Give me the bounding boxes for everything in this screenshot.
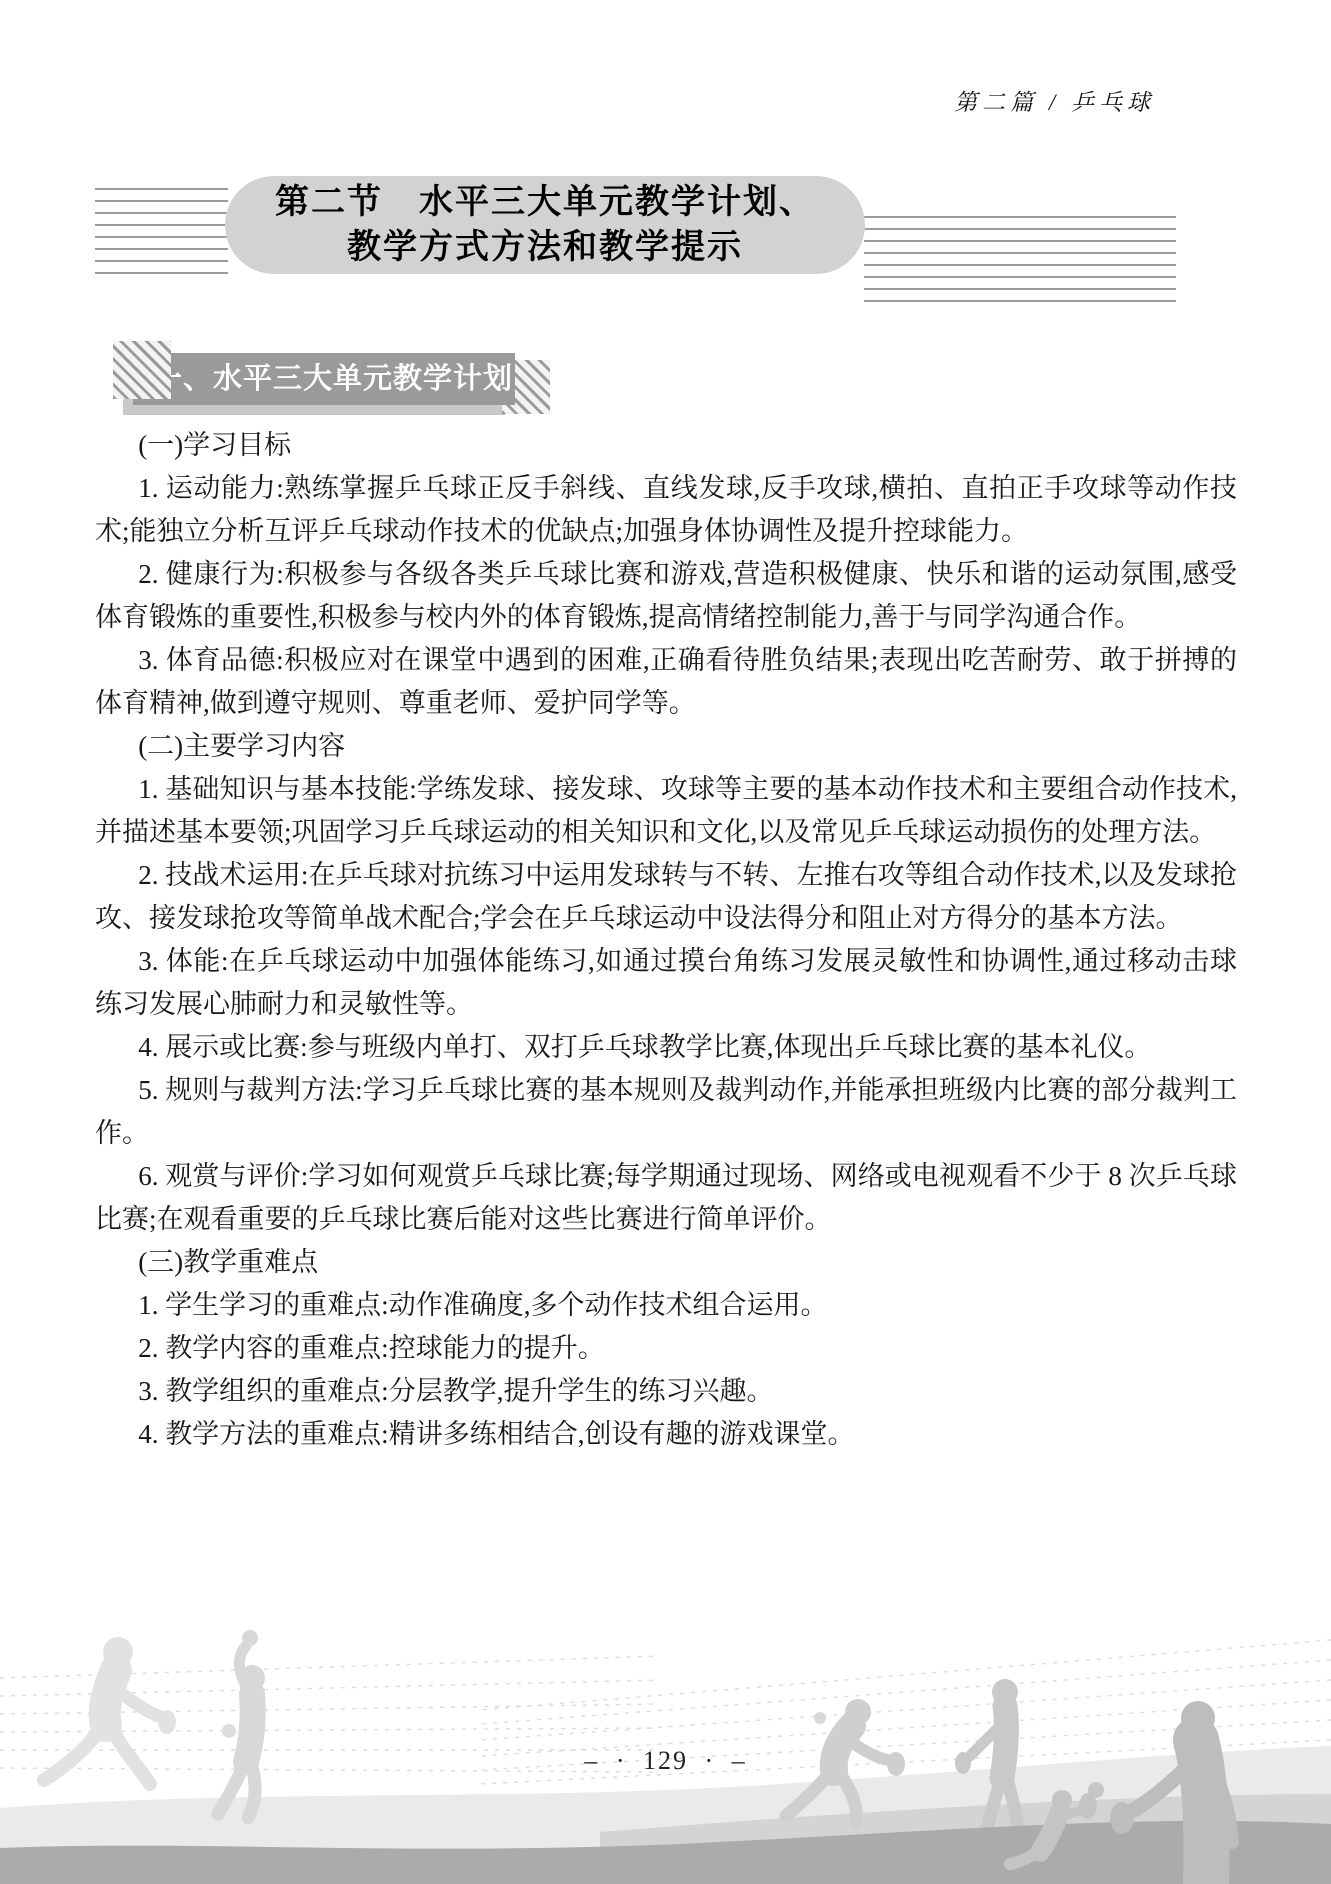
paragraph: (一)学习目标 [95,424,1237,467]
page-number: – · 129 · – [0,1746,1331,1776]
title-decor-lines-left-icon [95,188,228,276]
chapter-title-line1: 第二节 水平三大单元教学计划、 [225,180,865,225]
title-decor-lines-right-icon [864,216,1176,304]
paragraph: 2. 技战术运用:在乒乓球对抗练习中运用发球转与不转、左推右攻等组合动作技术,以… [95,854,1237,940]
paragraph: 2. 健康行为:积极参与各级各类乒乓球比赛和游戏,营造积极健康、快乐和谐的运动氛… [95,553,1237,639]
page-header-text: 第二篇 / 乒乓球 [954,84,1155,117]
paragraph: 5. 规则与裁判方法:学习乒乓球比赛的基本规则及裁判动作,并能承担班级内比赛的部… [95,1069,1237,1155]
paragraph: 6. 观赏与评价:学习如何观赏乒乓球比赛;每学期通过现场、网络或电视观看不少于 … [95,1155,1237,1241]
paragraph: (三)教学重难点 [95,1241,1237,1284]
paragraph: 3. 体育品德:积极应对在课堂中遇到的困难,正确看待胜负结果;表现出吃苦耐劳、敢… [95,639,1237,725]
paragraph: 3. 教学组织的重难点:分层教学,提升学生的练习兴趣。 [95,1370,1237,1413]
paragraph: 3. 体能:在乒乓球运动中加强体能练习,如通过摸台角练习发展灵敏性和协调性,通过… [95,940,1237,1026]
chapter-title-box: 第二节 水平三大单元教学计划、 教学方式方法和教学提示 [225,176,865,274]
paragraph: 4. 展示或比赛:参与班级内单打、双打乒乓球教学比赛,体现出乒乓球比赛的基本礼仪… [95,1026,1237,1069]
player-silhouette-2 [218,1630,265,1818]
section-banner: 一、水平三大单元教学计划 [95,341,635,425]
paragraph: 1. 运动能力:熟练掌握乒乓球正反手斜线、直线发球,反手攻球,横拍、直拍正手攻球… [95,467,1237,553]
paragraph: (二)主要学习内容 [95,725,1237,768]
chapter-title-block: 第二节 水平三大单元教学计划、 教学方式方法和教学提示 [95,174,1176,304]
footer-decoration [0,1600,1331,1884]
paragraph: 2. 教学内容的重难点:控球能力的提升。 [95,1327,1237,1370]
paragraph: 1. 学生学习的重难点:动作准确度,多个动作技术组合运用。 [95,1284,1237,1327]
body-text: (一)学习目标 1. 运动能力:熟练掌握乒乓球正反手斜线、直线发球,反手攻球,横… [95,424,1237,1456]
chapter-title-line2: 教学方式方法和教学提示 [225,225,865,270]
paragraph: 4. 教学方法的重难点:精讲多练相结合,创设有趣的游戏课堂。 [95,1413,1237,1456]
paragraph: 1. 基础知识与基本技能:学练发球、接发球、攻球等主要的基本动作技术和主要组合动… [95,768,1237,854]
hatch-decoration-left-icon [113,341,171,399]
section-heading: 一、水平三大单元教学计划 [133,353,515,405]
